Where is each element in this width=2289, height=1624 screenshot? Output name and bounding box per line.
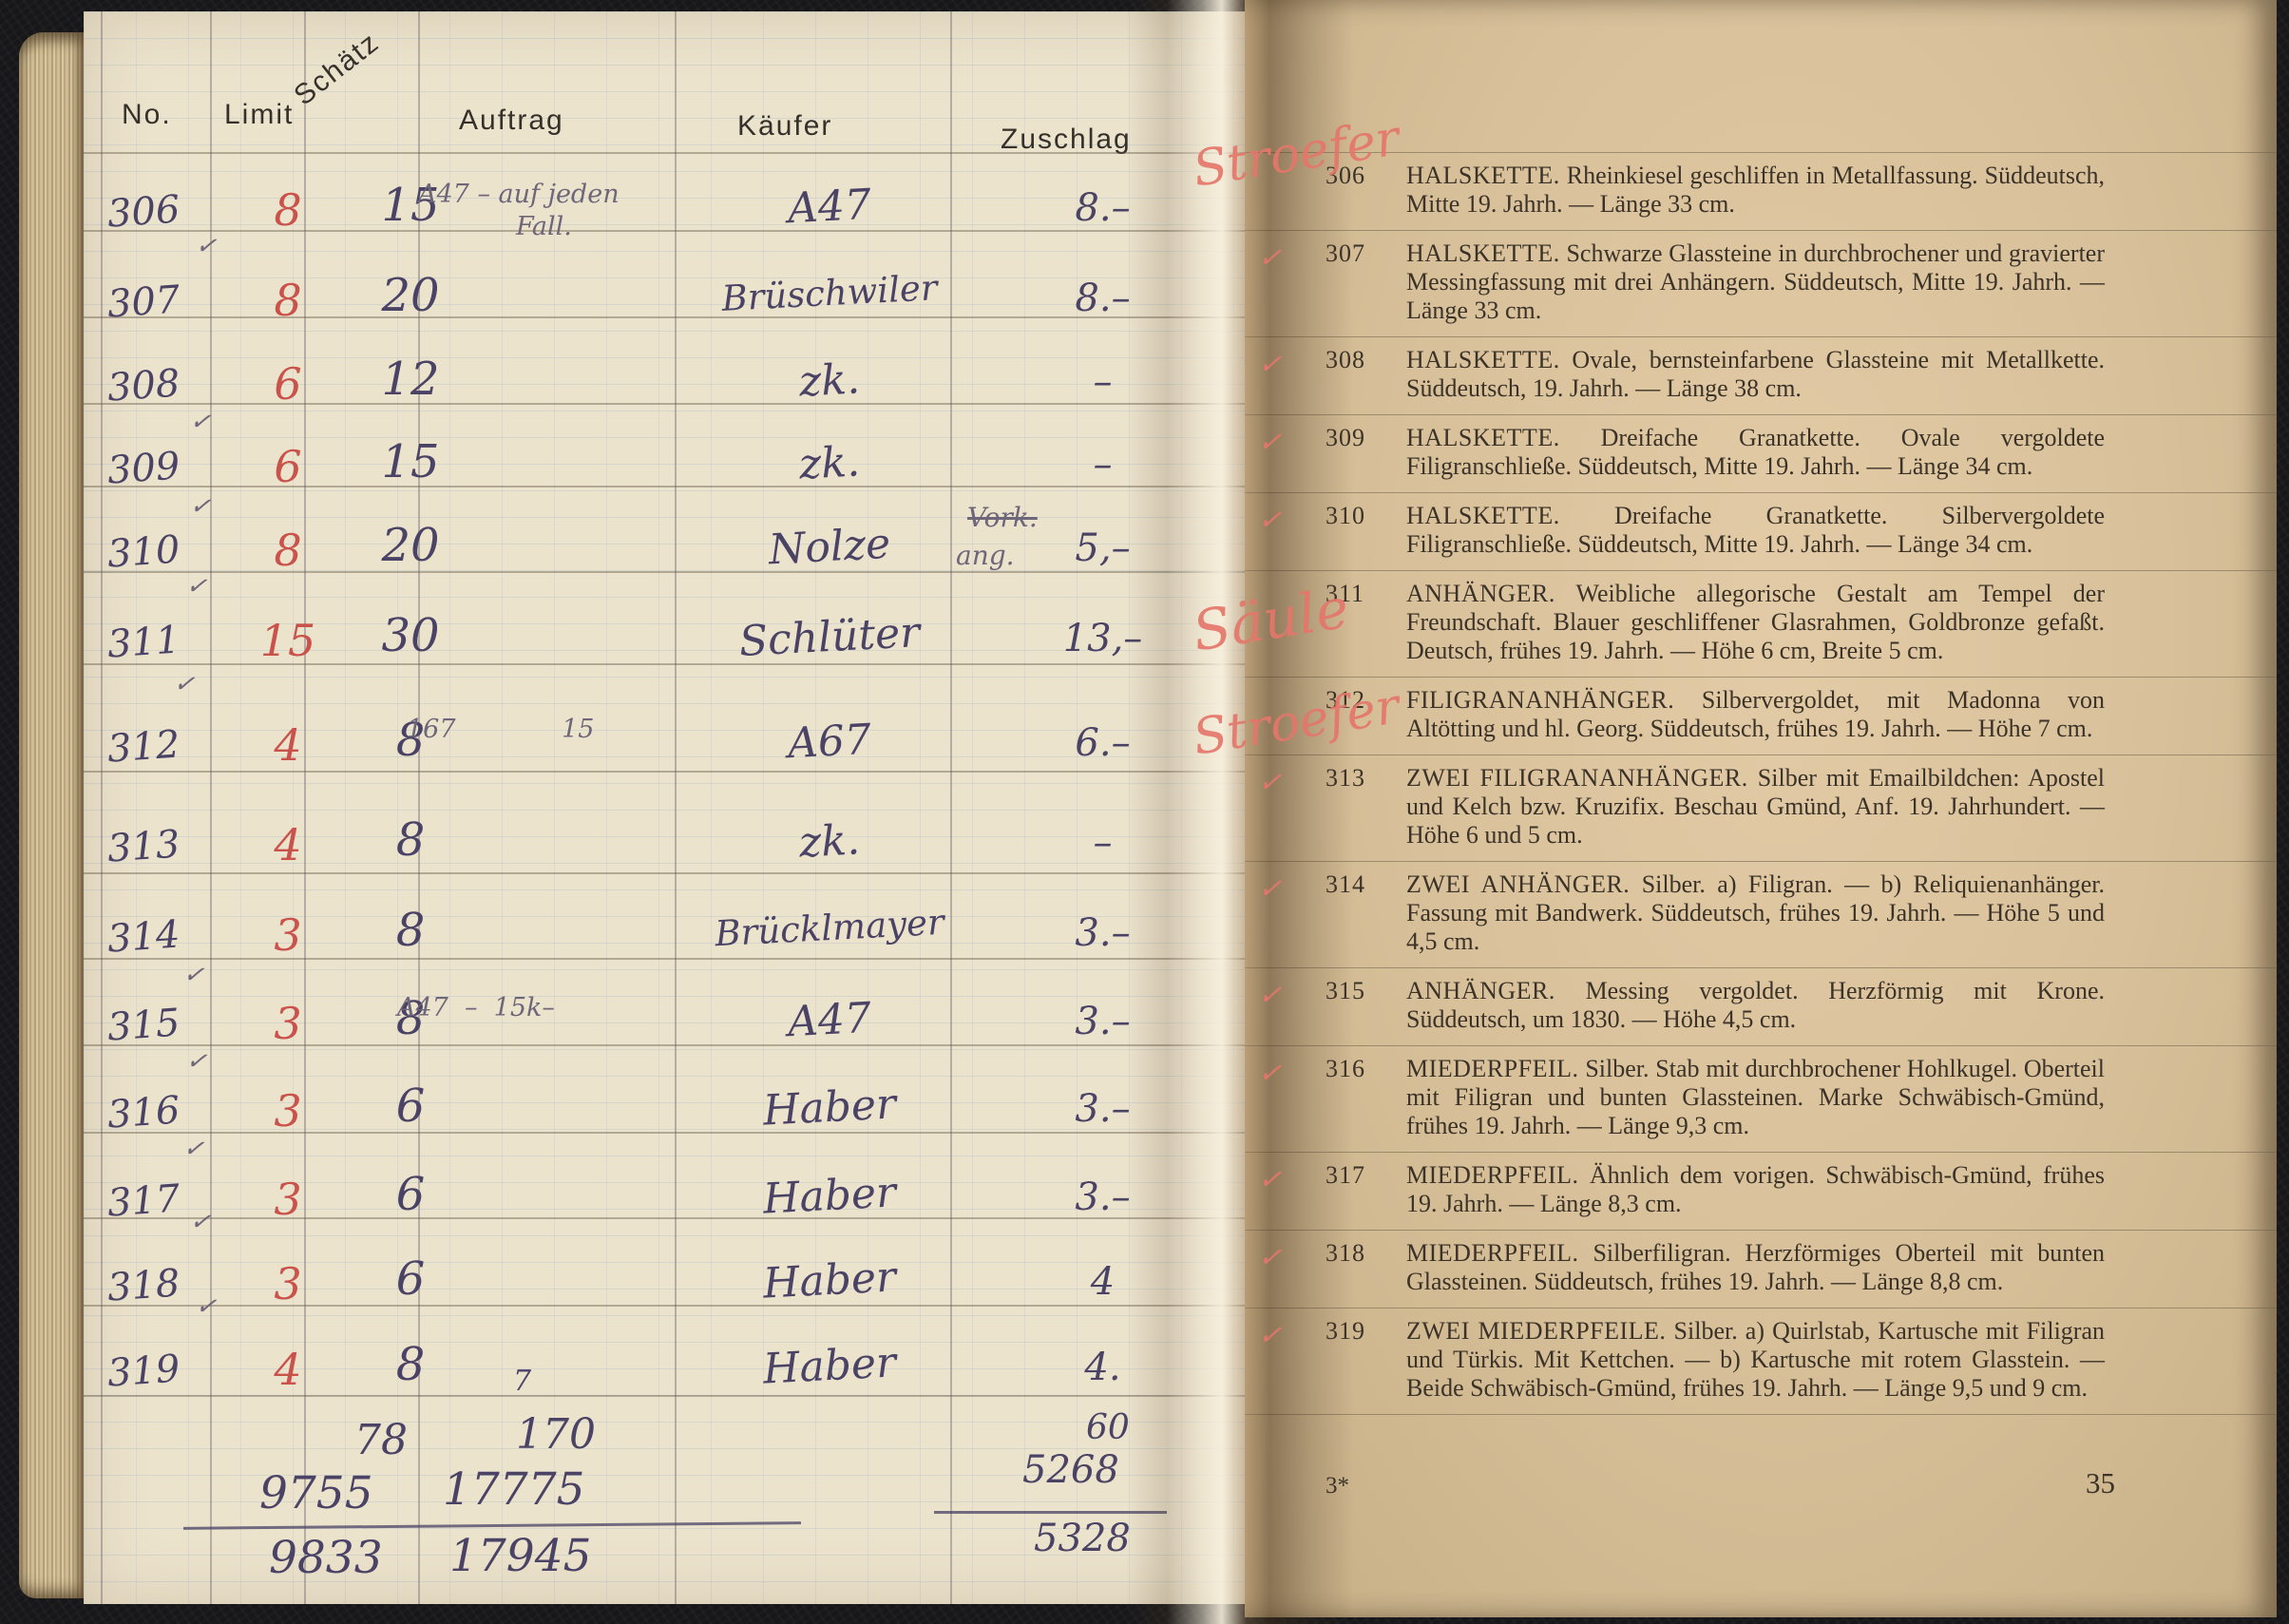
- hammer-price: 13,–: [1020, 617, 1186, 660]
- limit-value: 3: [226, 1085, 350, 1137]
- margin-check-mark: ✓: [1257, 425, 1284, 460]
- sum-schaetz-carry: 7: [513, 1365, 531, 1398]
- check-mark: ✓: [184, 1046, 208, 1077]
- estimate-value: 20: [338, 269, 483, 322]
- ledger-row: 309 ✓ 6 15 zk. –: [84, 11, 1245, 1604]
- ledger-row: 310 ✓ 8 20 Nolze 5,–: [84, 11, 1245, 1604]
- ledger-row: 317 ✓ 3 6 Haber 3.–: [84, 11, 1245, 1604]
- row-divider: [84, 316, 1245, 318]
- sum-zuschlag-forward: 5268: [1022, 1448, 1119, 1492]
- catalog-item-title: ZWEI MIEDERPFEILE.: [1406, 1317, 1666, 1345]
- hammer-price: 3.–: [1020, 1000, 1186, 1043]
- margin-check-mark: ✓: [1257, 240, 1284, 276]
- buyer-name: A67: [667, 709, 992, 774]
- check-mark: ✓: [181, 1134, 205, 1164]
- catalog-item: 308HALSKETTE. Ovale, bernsteinfarbene Gl…: [1245, 336, 2277, 414]
- ledger-row: 306 ✓ 8 15 A47 – auf jeden Fall. A47 8.–: [84, 11, 1245, 1604]
- estimate-value: 8: [338, 992, 483, 1045]
- limit-value: 4: [226, 719, 350, 771]
- hammer-price: 3.–: [1020, 911, 1186, 955]
- catalog-item-title: HALSKETTE.: [1406, 502, 1560, 529]
- lot-number: 316: [105, 1088, 181, 1137]
- catalog-item: 314ZWEI ANHÄNGER. Silber. a) Filigran. —…: [1245, 861, 2277, 967]
- catalog-item-number: 307: [1326, 239, 1365, 268]
- estimate-value: 15: [338, 179, 483, 232]
- sum-schaetz-forward: 17775: [443, 1463, 585, 1516]
- margin-check-mark: ✓: [1257, 765, 1284, 800]
- row-divider: [84, 958, 1245, 960]
- hammer-note: ang.: [956, 540, 1015, 571]
- hammer-note-crossed: Vork.: [967, 502, 1038, 533]
- row-divider: [84, 403, 1245, 405]
- ledger-row: 311 ✓ 15 30 Schlüter 13,–: [84, 11, 1245, 1604]
- estimate-value: 8: [338, 1338, 483, 1391]
- catalog-item-title: ANHÄNGER.: [1406, 580, 1555, 607]
- sum-rule-left: [183, 1521, 801, 1530]
- buyer-name: A47: [667, 987, 992, 1053]
- sum-limit-forward: 9755: [259, 1467, 373, 1519]
- row-divider: [84, 152, 1245, 154]
- column-divider: [418, 11, 420, 1604]
- catalog-item-title: ANHÄNGER.: [1406, 977, 1555, 1004]
- limit-value: 8: [226, 184, 350, 236]
- column-divider: [675, 11, 677, 1604]
- bid-order-note: A47 – auf jeden Fall.: [418, 179, 620, 243]
- lot-number: 315: [105, 1001, 181, 1049]
- catalog-item: 316MIEDERPFEIL. Silber. Stab mit durchbr…: [1245, 1045, 2277, 1152]
- ledger-row: 318 ✓ 3 6 Haber 4: [84, 11, 1245, 1604]
- check-mark: ✓: [181, 960, 205, 990]
- hammer-price: 8.–: [1020, 186, 1186, 230]
- estimate-value: 30: [338, 609, 483, 662]
- hammer-price: –: [1020, 360, 1186, 404]
- ledger-row: 307 8 20 Brüschwiler 8.–: [84, 11, 1245, 1604]
- ledger-header-limit: Limit: [224, 99, 294, 131]
- hammer-price: 5,–: [1020, 526, 1186, 570]
- hammer-price: 3.–: [1020, 1175, 1186, 1219]
- buyer-name: Schlüter: [667, 604, 992, 670]
- lot-number: 312: [105, 722, 181, 771]
- margin-check-mark: ✓: [1257, 503, 1284, 538]
- row-divider: [84, 1044, 1245, 1046]
- ledger-row: 316 ✓ 3 6 Haber 3.–: [84, 11, 1245, 1604]
- sum-schaetz-page: 170: [516, 1410, 596, 1459]
- catalog-item-title: MIEDERPFEIL.: [1406, 1239, 1579, 1267]
- estimate-value: 12: [338, 353, 483, 406]
- hammer-price: 6.–: [1020, 721, 1186, 765]
- bid-order-note: A47 – 15k–: [397, 992, 555, 1024]
- limit-value: 8: [226, 525, 350, 576]
- lot-number: 319: [105, 1347, 181, 1395]
- catalog-item-number: 315: [1326, 977, 1365, 1005]
- row-divider: [84, 230, 1245, 232]
- ledger-row: 319 4 8 Haber 4.: [84, 11, 1245, 1604]
- ledger-page: No. Limit Schätz Auftrag Käufer Zuschlag…: [84, 11, 1245, 1604]
- catalog-item: 310HALSKETTE. Dreifache Granatkette. Sil…: [1245, 492, 2277, 570]
- check-mark: ✓: [188, 407, 212, 437]
- margin-check-mark: ✓: [1257, 1162, 1284, 1197]
- sum-limit-total: 9833: [269, 1532, 383, 1584]
- check-mark: ✓: [194, 1291, 218, 1322]
- catalog-item-list: 306HALSKETTE. Rheinkiesel geschliffen in…: [1245, 152, 2277, 1415]
- sum-rule-right: [934, 1511, 1167, 1514]
- row-divider: [84, 872, 1245, 874]
- ledger-row: 308 ✓ 6 12 zk. –: [84, 11, 1245, 1604]
- catalog-item: 317MIEDERPFEIL. Ähnlich dem vorigen. Sch…: [1245, 1152, 2277, 1230]
- limit-value: 3: [226, 998, 350, 1049]
- limit-value: 4: [226, 819, 350, 870]
- margin-check-mark: ✓: [1257, 1240, 1284, 1275]
- hammer-price: –: [1020, 443, 1186, 487]
- row-divider: [84, 1217, 1245, 1219]
- row-divider: [84, 1305, 1245, 1307]
- catalog-item: 313ZWEI FILIGRANANHÄNGER. Silber mit Ema…: [1245, 755, 2277, 861]
- catalog-item: 311ANHÄNGER. Weibliche allegorische Gest…: [1245, 570, 2277, 677]
- check-mark: ✓: [172, 669, 196, 699]
- catalog-item-number: 308: [1326, 346, 1365, 374]
- catalog-item-title: MIEDERPFEIL.: [1406, 1161, 1579, 1189]
- column-divider: [101, 11, 103, 1604]
- ledger-header-auftrag: Auftrag: [459, 105, 564, 137]
- limit-value: 3: [226, 909, 350, 961]
- sum-zuschlag-page: 60: [1086, 1408, 1130, 1447]
- catalog-item-number: 317: [1326, 1161, 1365, 1190]
- lot-number: 314: [105, 912, 181, 961]
- hammer-price: 8.–: [1020, 277, 1186, 320]
- estimate-value: 15: [338, 435, 483, 488]
- lot-number: 306: [105, 187, 181, 236]
- photo-background: No. Limit Schätz Auftrag Käufer Zuschlag…: [0, 0, 2289, 1624]
- hammer-price: –: [1020, 821, 1186, 865]
- catalog-item-number: 316: [1326, 1055, 1365, 1083]
- catalog-item-title: HALSKETTE.: [1406, 239, 1560, 267]
- estimate-value: 6: [338, 1252, 483, 1306]
- lot-number: 310: [105, 527, 181, 576]
- signature-mark: 3*: [1326, 1473, 1349, 1500]
- book-page-edges: [19, 32, 86, 1598]
- row-divider: [84, 1395, 1245, 1397]
- limit-value: 6: [226, 358, 350, 410]
- buyer-name: zk.: [667, 809, 992, 874]
- row-divider: [84, 771, 1245, 773]
- catalog-item-title: MIEDERPFEIL.: [1406, 1055, 1579, 1082]
- catalog-item-title: FILIGRANANHÄNGER.: [1406, 686, 1674, 714]
- buyer-name: Haber: [667, 1248, 992, 1313]
- check-mark: ✓: [188, 491, 212, 522]
- estimate-value: 6: [338, 1079, 483, 1133]
- row-divider: [84, 571, 1245, 573]
- lot-number: 318: [105, 1261, 181, 1309]
- estimate-value: 8: [338, 904, 483, 957]
- ledger-row: 314 ✓ 3 8 Brücklmayer 3.–: [84, 11, 1245, 1604]
- catalog-page: 306HALSKETTE. Rheinkiesel geschliffen in…: [1245, 0, 2277, 1617]
- ledger-row: 312 4 8 167 15 A67 6.–: [84, 11, 1245, 1604]
- ledger-header-schaetz: Schätz: [289, 27, 387, 113]
- column-divider: [210, 11, 212, 1604]
- lot-number: 307: [105, 277, 181, 326]
- catalog-item-title: HALSKETTE.: [1406, 346, 1560, 373]
- buyer-name: Brüschwiler: [667, 264, 992, 322]
- check-mark: ✓: [184, 571, 208, 602]
- catalog-item-title: ZWEI FILIGRANANHÄNGER.: [1406, 764, 1748, 792]
- margin-check-mark: ✓: [1257, 347, 1284, 382]
- hammer-price: 4: [1020, 1260, 1186, 1304]
- catalog-item-number: 319: [1326, 1317, 1365, 1346]
- buyer-name: Haber: [667, 1075, 992, 1140]
- catalog-item: 315ANHÄNGER. Messing vergoldet. Herzförm…: [1245, 967, 2277, 1045]
- ledger-header-kaeufer: Käufer: [737, 110, 832, 143]
- catalog-item-title: HALSKETTE.: [1406, 162, 1560, 189]
- catalog-item: 309HALSKETTE. Dreifache Granatkette. Ova…: [1245, 414, 2277, 492]
- estimate-value: 6: [338, 1168, 483, 1221]
- sum-limit-page: 78: [354, 1416, 408, 1464]
- ledger-header-zuschlag: Zuschlag: [1001, 124, 1132, 156]
- ledger-header-no: No.: [122, 99, 172, 131]
- catalog-item-number: 309: [1326, 424, 1365, 452]
- catalog-item: 318MIEDERPFEIL. Silberfiligran. Herzförm…: [1245, 1230, 2277, 1308]
- margin-check-mark: ✓: [1257, 1056, 1284, 1091]
- lot-number: 311: [105, 618, 181, 666]
- catalog-item: 307HALSKETTE. Schwarze Glassteine in dur…: [1245, 230, 2277, 336]
- limit-value: 3: [226, 1258, 350, 1309]
- catalog-item: 319ZWEI MIEDERPFEILE. Silber. a) Quirlst…: [1245, 1308, 2277, 1415]
- ledger-row: 315 ✓ 3 8 A47 – 15k– A47 3.–: [84, 11, 1245, 1604]
- ledger-row: 313 4 8 zk. –: [84, 11, 1245, 1604]
- catalog-item-number: 314: [1326, 870, 1365, 899]
- sum-schaetz-total: 17945: [449, 1530, 592, 1582]
- catalog-item-number: 318: [1326, 1239, 1365, 1268]
- buyer-name: Brücklmayer: [667, 899, 992, 957]
- catalog-item-number: 310: [1326, 502, 1365, 530]
- buyer-name: Nolze: [667, 514, 992, 580]
- estimate-value: 8: [338, 714, 483, 767]
- row-divider: [84, 1132, 1245, 1134]
- page-number: 35: [2086, 1466, 2115, 1500]
- column-divider: [304, 11, 306, 1604]
- bid-order-note: 167 15: [407, 714, 594, 746]
- estimate-value: 8: [338, 813, 483, 867]
- catalog-item-number: 313: [1326, 764, 1365, 793]
- row-divider: [84, 486, 1245, 487]
- lot-number: 313: [105, 822, 181, 870]
- estimate-value: 20: [338, 519, 483, 572]
- catalog-item-title: HALSKETTE.: [1406, 424, 1560, 451]
- column-divider: [950, 11, 952, 1604]
- margin-check-mark: ✓: [1257, 978, 1284, 1013]
- margin-check-mark: ✓: [1257, 871, 1284, 907]
- limit-value: 15: [226, 615, 350, 666]
- row-divider: [84, 663, 1245, 665]
- check-mark: ✓: [188, 1207, 212, 1237]
- hammer-price: 4.: [1020, 1346, 1186, 1389]
- catalog-item-title: ZWEI ANHÄNGER.: [1406, 870, 1630, 898]
- margin-check-mark: ✓: [1257, 1318, 1284, 1353]
- check-mark: ✓: [194, 231, 218, 261]
- limit-value: 6: [226, 441, 350, 492]
- sum-zuschlag-total: 5328: [1034, 1517, 1131, 1560]
- hammer-price: 3.–: [1020, 1087, 1186, 1131]
- buyer-name: Haber: [667, 1333, 992, 1399]
- limit-value: 4: [226, 1344, 350, 1395]
